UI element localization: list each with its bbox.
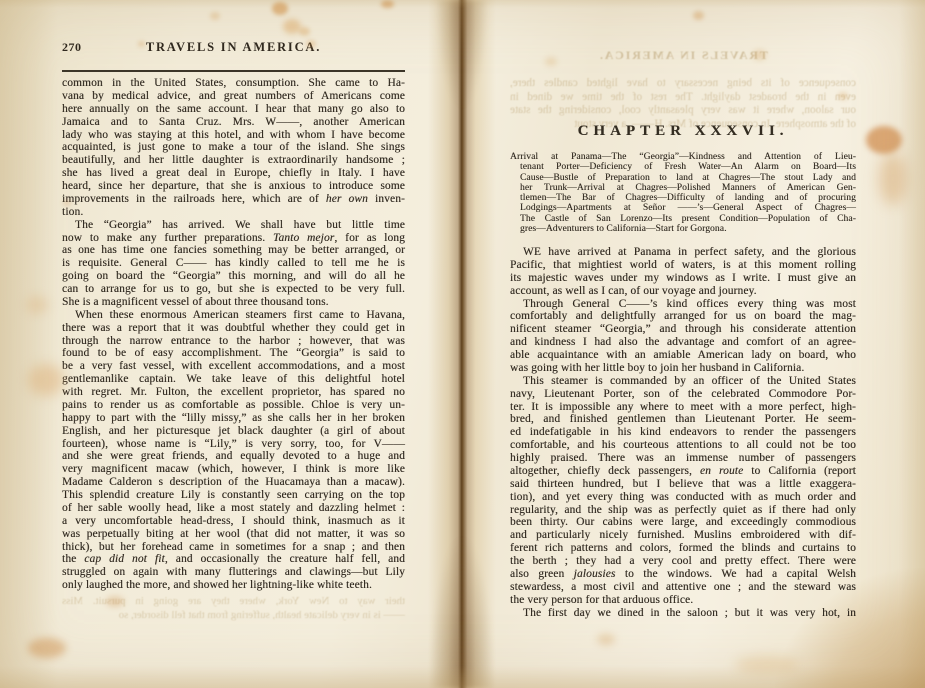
text-line: Cause—Bustle of Preparation to land at C… [510,173,856,183]
text-line: and she were great friends, and equally … [62,450,405,463]
text-line: English, and her picturesque jet black d… [62,425,405,438]
text-line: bred, and finished gentlemen than Lieute… [510,413,856,426]
text-line: with regret. Mr. Fulton, the excellent p… [62,386,405,399]
stain [879,153,907,205]
text-line: common in the United States, consumption… [62,77,405,90]
text-line: only laughed the more, and showed her li… [62,579,405,592]
left-bleedthrough-text: their way to New York, where they are go… [62,595,405,622]
text-line: WE have arrived at Panama in perfect saf… [510,246,856,259]
text-line: regularity, and the ship was as perfectl… [510,504,856,517]
text-line: a very uncomfortable head-dress, I shoul… [62,515,405,528]
text-line: heard, since her departure, that she is … [62,180,405,193]
text-line: the very person for that arduous office. [510,594,856,607]
right-page: TRAVELS IN AMERICA. consequence of its b… [510,0,856,688]
text-line: very magnificent macaw (which, however, … [62,463,405,476]
text-line: highly praised. There was an immense num… [510,452,856,465]
stain [26,296,48,314]
chapter-summary: Arrival at Panama—The “Georgia”—Kindness… [510,152,856,234]
right-bleedthrough-title: TRAVELS IN AMERICA. [510,48,856,63]
text-line: also green jalousies to the windows. We … [510,568,856,581]
text-line: be a very fast vessel, with excellent ac… [62,360,405,373]
text-line: tion), and yet every thing was conducted… [510,491,856,504]
text-line: comfortably and delightfully arranged fo… [510,310,856,323]
stain [28,364,64,396]
left-body-text: common in the United States, consumption… [62,77,405,592]
text-line: Lodgings—Apartments at Señor ——’s—Genera… [510,203,856,213]
left-page: 270 TRAVELS IN AMERICA. common in the Un… [62,0,405,688]
text-line: The “Georgia” has arrived. We shall have… [62,219,405,232]
text-line: there was a report that it was doubtful … [62,322,405,335]
text-line: The Castle of San Lorenzo—Its present Co… [510,214,856,224]
text-line: been thirty. Our cabins were large, and … [510,516,856,529]
text-line: is requisite. General C—— has kindly cal… [62,257,405,270]
text-line: and kindness I had also the advantage an… [510,336,856,349]
right-body-text: WE have arrived at Panama in perfect saf… [510,246,856,619]
text-line: was going with her little boy to join he… [510,362,856,375]
text-line: vana by medical advice, and great number… [62,90,405,103]
text-line: of her sable woolly head, like a most st… [62,502,405,515]
gutter-bottom-shadow [430,538,494,688]
stain [866,126,902,154]
text-line: her Trunk—Arrival at Chagres—Polished Ma… [510,183,856,193]
text-line: tion. [62,206,405,219]
book-spread: 270 TRAVELS IN AMERICA. common in the Un… [0,0,925,688]
text-line: can to arrange for us to go, but she is … [62,283,405,296]
text-line: —— is in very delicate health, suffering… [62,609,405,623]
text-line: comfortable, and his courteous attention… [510,439,856,452]
text-line: This steamer is commanded by an officer … [510,375,856,388]
text-line: here annually on the same account. I hea… [62,103,405,116]
left-page-edge-shading [0,0,58,688]
text-line: tenant Porter—Deficiency of Fresh Water—… [510,162,856,172]
text-line: as one has time one fancies something ma… [62,244,405,257]
text-line: The first day we dined in the saloon ; b… [510,607,856,620]
text-line: altogether, chiefly deck passengers, en … [510,465,856,478]
text-line: the berth ; they had a very cool and pre… [510,555,856,568]
text-line: gres—Adventurers to California—Start for… [510,224,856,234]
text-line: account, as well as I can, of our voyage… [510,285,856,298]
text-line: improvements in the railroads here, whic… [62,193,405,206]
book-gutter [428,0,496,688]
text-line: When these enormous American steamers fi… [62,309,405,322]
text-line: even in the broadest daylight. The rest … [510,91,856,105]
text-line: Jamaica and to Santa Cruz. Mrs. W——, ano… [62,116,405,129]
text-line: tlemen—The Bar of Chagres—Difficulty of … [510,193,856,203]
text-line: now to make any further preparations. Ta… [62,232,405,245]
text-line: ter. It is impossible any where to meet … [510,401,856,414]
text-line: Pacific, that mightiest world of waters,… [510,259,856,272]
text-line: thick), but her forehead came in sometim… [62,541,405,554]
text-line: the cap did not fit, and occasionally th… [62,553,405,566]
text-line: going on board the “Georgia” this mornin… [62,270,405,283]
text-line: their way to New York, where they are go… [62,595,405,609]
text-line: happy to part with the “lilly missy,” as… [62,412,405,425]
text-line: was perpetually biting at her wool (that… [62,528,405,541]
text-line: found to be of easy accomplishment. The … [62,347,405,360]
text-line: acquainted, is just gone to make a tour … [62,141,405,154]
text-line: ed indefatigable in his kind endeavors t… [510,426,856,439]
left-page-header: 270 TRAVELS IN AMERICA. [62,40,405,54]
running-title: TRAVELS IN AMERICA. [62,40,405,55]
text-line: fourteen), whose name is “Lily,” is very… [62,438,405,451]
header-rule [62,70,405,72]
text-line: nificent steamer “Georgia,” and through … [510,323,856,336]
text-line: able acquaintance with an amiable Americ… [510,349,856,362]
text-line: gentlemanlike captain. We take leave of … [62,373,405,386]
text-line: ferent rich patterns and colors, formed … [510,542,856,555]
text-line: lady who was staying at this hotel, and … [62,129,405,142]
text-line: consequence of its being necessary to ha… [510,77,856,91]
text-line: she has lived a great deal in Europe, ch… [62,167,405,180]
text-line: its majestic waves under my windows as I… [510,272,856,285]
right-page-edge-shading [899,0,925,688]
text-line: pains to render us as comfortable as pos… [62,399,405,412]
chapter-heading: CHAPTER XXXVII. [510,122,856,140]
text-line: Arrival at Panama—The “Georgia”—Kindness… [510,152,856,162]
gutter-top-shadow [436,0,488,110]
text-line: struggled on again with many flutterings… [62,566,405,579]
text-line: Madame Calderon s description of the Hua… [62,476,405,489]
text-line: navy, Lieutenant Porter, son of the cele… [510,388,856,401]
text-line: Through General C——’s kind offices every… [510,298,856,311]
text-line: said thirteen hundred, but I believe tha… [510,478,856,491]
text-line: and particularly nicely furnished. Musli… [510,529,856,542]
text-line: through the narrow entrance to the harbo… [62,335,405,348]
text-line: This splendid creature Lily is constantl… [62,489,405,502]
text-line: She is a magnificent vessel of about thr… [62,296,405,309]
text-line: our saloon, where it was very pleasantly… [510,104,856,118]
text-line: stewardess, a most civil and attentive o… [510,581,856,594]
text-line: beautifully, and her little daughter is … [62,154,405,167]
stain [28,638,66,658]
